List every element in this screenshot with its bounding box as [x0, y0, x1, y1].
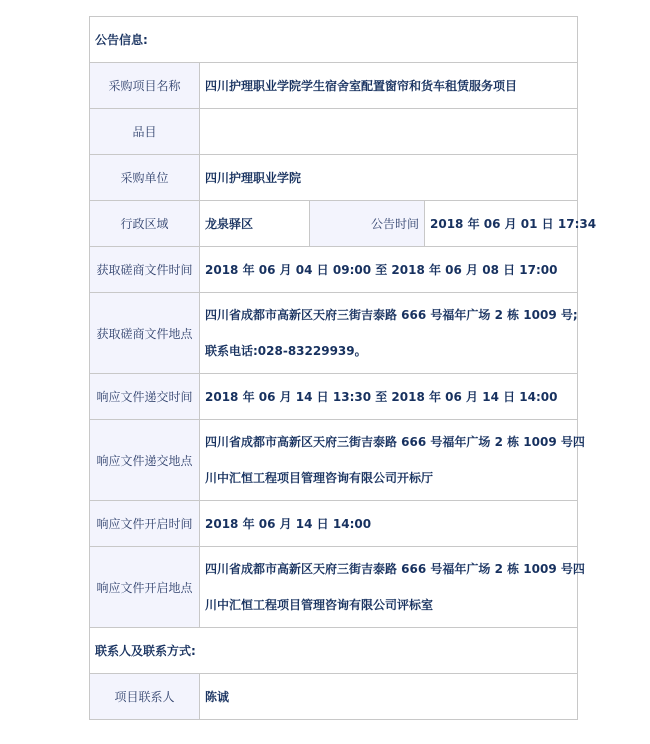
doc-place-address: 四川省成都市高新区天府三街吉泰路 666 号福年广场 2 栋 1009 号; — [205, 297, 572, 333]
label-submit-time: 响应文件递交时间 — [90, 374, 200, 420]
row-category: 品目 — [90, 109, 578, 155]
value-submit-time: 2018 年 06 月 14 日 13:30 至 2018 年 06 月 14 … — [200, 374, 578, 420]
row-contact-person: 项目联系人 陈诚 — [90, 674, 578, 720]
announcement-info-table: 公告信息: 采购项目名称 四川护理职业学院学生宿舍室配置窗帘和货车租赁服务项目 … — [89, 16, 578, 720]
label-announce-time: 公告时间 — [310, 201, 425, 247]
open-place-line2: 川中汇恒工程项目管理咨询有限公司评标室 — [205, 587, 572, 623]
submit-place-line2: 川中汇恒工程项目管理咨询有限公司开标厅 — [205, 460, 572, 496]
label-purchaser: 采购单位 — [90, 155, 200, 201]
row-open-time: 响应文件开启时间 2018 年 06 月 14 日 14:00 — [90, 501, 578, 547]
label-project-name: 采购项目名称 — [90, 63, 200, 109]
label-doc-time: 获取磋商文件时间 — [90, 247, 200, 293]
doc-place-phone: 联系电话:028-83229939。 — [205, 333, 572, 369]
value-submit-place: 四川省成都市高新区天府三街吉泰路 666 号福年广场 2 栋 1009 号四 川… — [200, 420, 578, 501]
value-category — [200, 109, 578, 155]
label-category: 品目 — [90, 109, 200, 155]
row-project-name: 采购项目名称 四川护理职业学院学生宿舍室配置窗帘和货车租赁服务项目 — [90, 63, 578, 109]
section-row-announcement: 公告信息: — [90, 17, 578, 63]
value-announce-time: 2018 年 06 月 01 日 17:34 — [425, 201, 578, 247]
value-doc-time: 2018 年 06 月 04 日 09:00 至 2018 年 06 月 08 … — [200, 247, 578, 293]
value-open-place: 四川省成都市高新区天府三街吉泰路 666 号福年广场 2 栋 1009 号四 川… — [200, 547, 578, 628]
label-open-time: 响应文件开启时间 — [90, 501, 200, 547]
row-open-place: 响应文件开启地点 四川省成都市高新区天府三街吉泰路 666 号福年广场 2 栋 … — [90, 547, 578, 628]
row-submit-time: 响应文件递交时间 2018 年 06 月 14 日 13:30 至 2018 年… — [90, 374, 578, 420]
row-purchaser: 采购单位 四川护理职业学院 — [90, 155, 578, 201]
label-region: 行政区域 — [90, 201, 200, 247]
label-submit-place: 响应文件递交地点 — [90, 420, 200, 501]
value-purchaser: 四川护理职业学院 — [200, 155, 578, 201]
value-doc-place: 四川省成都市高新区天府三街吉泰路 666 号福年广场 2 栋 1009 号; 联… — [200, 293, 578, 374]
value-contact-person: 陈诚 — [200, 674, 578, 720]
open-place-line1: 四川省成都市高新区天府三街吉泰路 666 号福年广场 2 栋 1009 号四 — [205, 551, 572, 587]
value-open-time: 2018 年 06 月 14 日 14:00 — [200, 501, 578, 547]
value-project-name: 四川护理职业学院学生宿舍室配置窗帘和货车租赁服务项目 — [200, 63, 578, 109]
label-contact-person: 项目联系人 — [90, 674, 200, 720]
row-doc-place: 获取磋商文件地点 四川省成都市高新区天府三街吉泰路 666 号福年广场 2 栋 … — [90, 293, 578, 374]
section-title-announcement: 公告信息: — [90, 17, 578, 63]
section-title-contact: 联系人及联系方式: — [90, 628, 578, 674]
row-submit-place: 响应文件递交地点 四川省成都市高新区天府三街吉泰路 666 号福年广场 2 栋 … — [90, 420, 578, 501]
label-doc-place: 获取磋商文件地点 — [90, 293, 200, 374]
label-open-place: 响应文件开启地点 — [90, 547, 200, 628]
row-region: 行政区域 龙泉驿区 公告时间 2018 年 06 月 01 日 17:34 — [90, 201, 578, 247]
value-region: 龙泉驿区 — [200, 201, 310, 247]
row-doc-time: 获取磋商文件时间 2018 年 06 月 04 日 09:00 至 2018 年… — [90, 247, 578, 293]
section-row-contact: 联系人及联系方式: — [90, 628, 578, 674]
submit-place-line1: 四川省成都市高新区天府三街吉泰路 666 号福年广场 2 栋 1009 号四 — [205, 424, 572, 460]
